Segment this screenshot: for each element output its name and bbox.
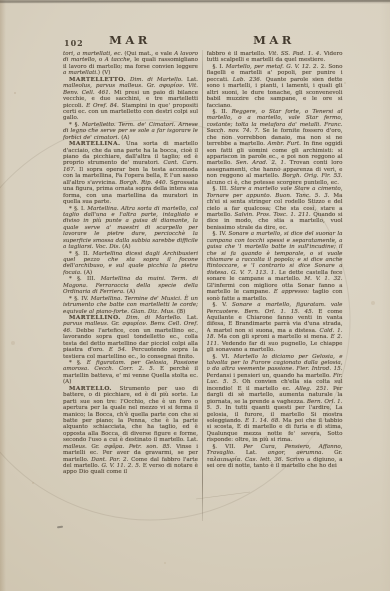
running-head-left: MAR <box>63 33 197 46</box>
dictionary-paragraph: * §. I. Martellina. Altra sorta di marte… <box>63 206 198 251</box>
text-run: §. VII. <box>213 444 244 450</box>
right-column: fabbro è il martello. Vit. SS. Pad. 1. 4… <box>207 51 343 523</box>
dictionary-paragraph: * §. II. Martellina dicesi dagli Archibu… <box>63 251 198 277</box>
text-run: malleus. <box>63 444 87 450</box>
text-run: Gr. <box>323 450 342 456</box>
dictionary-paragraph: * §. IV. Martellina. Termine de' Musici.… <box>63 296 198 315</box>
text-run: MARTELLETTO. <box>69 77 126 83</box>
text-run: Strumento per uso di battere, o di picch… <box>63 386 198 444</box>
text-run: A tacche <box>105 57 130 63</box>
text-run: Perdansi i pensieri un, quando ha martel… <box>207 373 333 379</box>
text-run: §. III. <box>213 186 231 192</box>
dictionary-paragraph: fabbro è il martello. Vit. SS. Pad. 1. 4… <box>207 51 343 64</box>
text-run: (B) <box>175 309 185 315</box>
text-run: (A) <box>125 289 135 295</box>
dictionary-paragraph: MARTELLO. Strumento per uso di battere, … <box>63 386 198 476</box>
text-run: (A) <box>119 135 129 141</box>
text-run: Borgh. Orig. Fir. 53. <box>282 173 342 179</box>
text-run: Vedendo far di suo pugnello, Le chiappe … <box>207 341 343 353</box>
text-run: Martelletto. Term. de' Cimatori. Arnese … <box>63 122 198 141</box>
dictionary-paragraph: * §. Martelletto. Term. de' Cimatori. Ar… <box>63 122 198 141</box>
text-run: Dim. di Martello. <box>126 77 183 83</box>
scanned-book-page: 102 MAR MAR tori, a martellati, ec. (Qui… <box>0 0 390 591</box>
dictionary-paragraph: §. V. Sonare a martello, figuratam. vale… <box>207 302 343 354</box>
text-run: alcuno ci è, che potesse scorgere puntel… <box>207 180 340 186</box>
text-run: Sen. Arad. 2. 1. <box>236 160 286 166</box>
left-column: tori, a martellati, ec. (Qui mat., e val… <box>63 51 198 523</box>
dictionary-paragraph: MARTELLETTO. Dim. di Martello. Lat. mall… <box>63 77 198 122</box>
text-run: parvus malleus. <box>63 321 109 327</box>
running-head-right: MAR <box>206 33 342 46</box>
text-run: * §. III. <box>69 276 101 282</box>
dictionary-paragraph: tori, a martellati, ec. (Qui mat., e val… <box>63 51 198 77</box>
text-run: Dant. Par. 2. <box>91 457 128 463</box>
dictionary-paragraph: §. III. Stare a martello vale Stare a ci… <box>207 186 343 231</box>
text-run: (A) <box>120 244 130 250</box>
text-run: Ma con gli sproni a martello si mena. <box>215 334 330 340</box>
text-run: M. V. 1. 32. <box>304 276 342 282</box>
dictionary-paragraph: * §. III. Martellina da muini. Term. di … <box>63 276 198 295</box>
text-run: a martellati <box>63 70 96 76</box>
text-run: Lat. <box>183 77 198 83</box>
text-run: Lab. 236. <box>233 77 262 83</box>
text-run: MARTELLO. <box>69 386 112 392</box>
text-run: Borgh. Rip. 440. <box>119 180 167 186</box>
dictionary-paragraph: §. VII. Per Cura, Pensiero, Affanno, Tra… <box>207 444 343 470</box>
text-run: Alleg. 251. <box>295 386 328 392</box>
text-run: Gr. <box>143 83 159 89</box>
text-run: E appresso: <box>274 289 309 295</box>
text-run: * §. IV. <box>69 296 91 302</box>
dictionary-paragraph: §. I. Martello, per metaf. G. V. 12. 2. … <box>207 64 343 109</box>
text-run: σφῦρα. Petr. son. 85. <box>104 444 171 450</box>
dictionary-paragraph: MARTELLINA. Una sorta di martello d'acci… <box>63 141 198 205</box>
text-run: * §. I. <box>69 206 87 212</box>
text-run: ταλαιπωρία. Cas. lett. 36. <box>207 457 284 463</box>
dictionary-paragraph: MARTELLINO. Dim. di Martello. Lat. parvu… <box>63 315 198 360</box>
text-run: .) (V) <box>96 70 110 76</box>
text-run: Gr. <box>109 321 123 327</box>
dictionary-paragraph: * §. E figuratam. per Gelosia, Passione … <box>63 360 198 386</box>
column-divider-rule <box>202 50 203 521</box>
text-run: malleolus, parvus malleus. <box>63 83 143 89</box>
text-run: E Oref. 84. <box>86 103 119 109</box>
page-content: 102 MAR MAR tori, a martellati, ec. (Qui… <box>0 0 390 591</box>
text-run: Lat. <box>235 450 268 456</box>
text-run: (A) <box>82 270 92 276</box>
text-run: §. IV. <box>213 231 229 237</box>
text-run: §. V. <box>213 302 233 308</box>
text-run: , o <box>95 57 105 63</box>
text-run: angor, aerumna. <box>268 450 324 456</box>
dictionary-paragraph: §. II. Reggere, o Star forte, o Tenersi … <box>207 109 343 186</box>
text-run: MARTELLINA. <box>69 141 120 147</box>
dictionary-paragraph: §. IV. Sonare a martello, si dice del su… <box>207 231 343 302</box>
text-run: Ambr. Furt. <box>267 141 300 147</box>
text-run: * §. II. <box>69 251 93 257</box>
text-run: §. I. <box>213 64 226 70</box>
text-run: §. VI. <box>213 354 234 360</box>
text-run: Gr. <box>87 444 105 450</box>
text-run: E 54. <box>109 347 127 353</box>
text-run: * §. <box>69 122 82 128</box>
text-run: Martello, per metaf. G. V. 12. 2. <box>226 64 319 70</box>
dictionary-paragraph: §. VI. Martello lo diciamo per Gelosia, … <box>207 354 343 444</box>
